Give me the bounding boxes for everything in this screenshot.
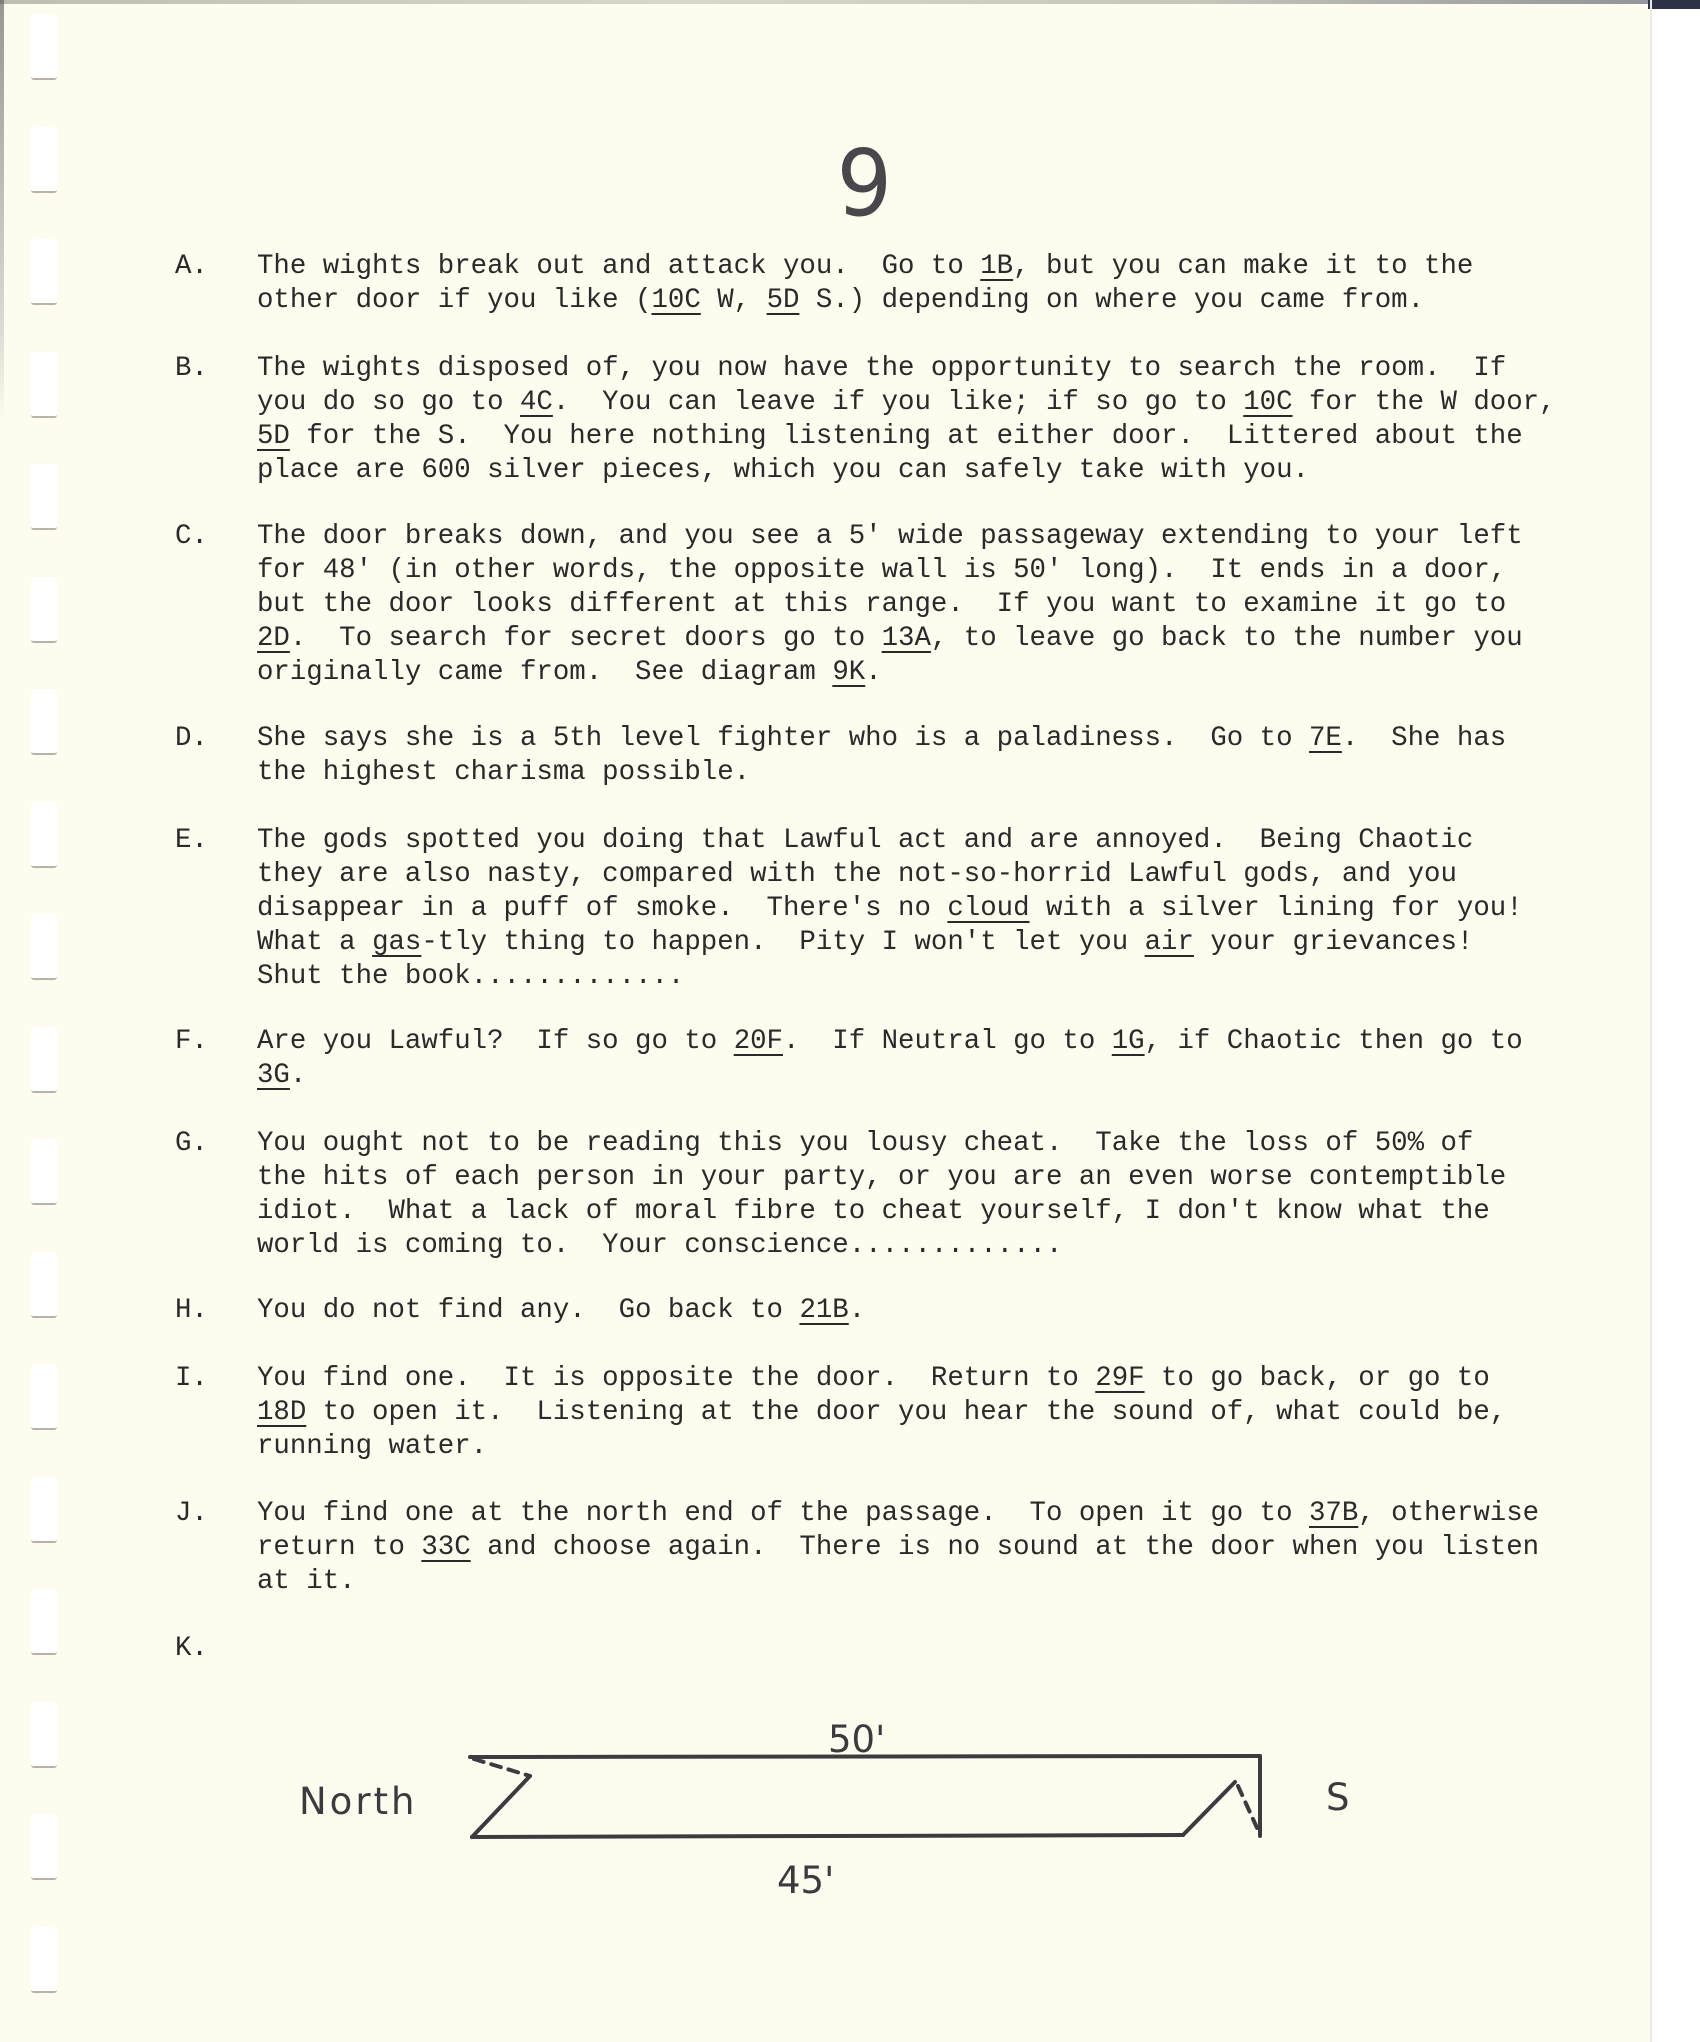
entry-text-line: at it. [257,1565,356,1599]
entry-text-line: other door if you like (10C W, 5D S.) de… [257,284,1424,318]
text-segment: The door breaks down, and you see a 5' w… [257,521,1523,552]
text-segment: idiot. What a lack of moral fibre to che… [257,1196,1490,1227]
entry-text-line: originally came from. See diagram 9K. [257,656,882,690]
text-segment: You do not find any. Go back to [257,1295,799,1326]
text-segment: Shut the book............. [257,961,684,992]
text-segment: at it. [257,1566,356,1597]
text-segment: You find one at the north end of the pas… [257,1498,1309,1529]
page-top-edge [0,0,1700,4]
entry-text-line: The wights break out and attack you. Go … [257,250,1473,284]
binding-hole [31,577,57,643]
cross-reference-link[interactable]: 3G [257,1060,290,1091]
text-segment: place are 600 silver pieces, which you c… [257,455,1309,486]
entry-label: F. [175,1025,208,1059]
text-segment: for the S. You here nothing listening at… [290,421,1523,452]
cross-reference-link[interactable]: 10C [652,285,701,316]
entry-text-line: 5D for the S. You here nothing listening… [257,420,1523,454]
entry-text-line: the hits of each person in your party, o… [257,1161,1506,1195]
text-segment: . She has [1342,723,1506,754]
text-segment: but the door looks different at this ran… [257,589,1506,620]
binding-hole [31,1814,57,1880]
entry-text-line: The door breaks down, and you see a 5' w… [257,520,1523,554]
text-segment: disappear in a puff of smoke. There's no [257,893,947,924]
binding-hole [31,1252,57,1318]
text-segment: . To search for secret doors go to [290,623,882,654]
page-number: 9 [836,138,892,230]
text-segment: W, [701,285,767,316]
cross-reference-link[interactable]: 4C [520,387,553,418]
entry-label: B. [175,352,208,386]
text-segment: the hits of each person in your party, o… [257,1162,1506,1193]
entry-text-line: running water. [257,1430,487,1464]
binding-hole [31,1589,57,1655]
text-segment: The wights disposed of, you now have the… [257,353,1506,384]
entry-text-line: The wights disposed of, you now have the… [257,352,1506,386]
entry-label: J. [175,1497,208,1531]
entry-text-line: return to 33C and choose again. There is… [257,1531,1539,1565]
cross-reference-link[interactable]: air [1145,927,1194,958]
cross-reference-link[interactable]: 2D [257,623,290,654]
page-left-edge [0,0,4,420]
entry-text-line: You find one at the north end of the pas… [257,1497,1539,1531]
cross-reference-link[interactable]: 13A [882,623,931,654]
text-segment: . [849,1295,865,1326]
text-segment: , but you can make it to the [1013,251,1473,282]
entry-text-line: you do so go to 4C. You can leave if you… [257,386,1556,420]
text-segment: you do so go to [257,387,520,418]
entry-text-line: You ought not to be reading this you lou… [257,1127,1473,1161]
text-segment: they are also nasty, compared with the n… [257,859,1457,890]
text-segment: Are you Lawful? If so go to [257,1026,734,1057]
background-corner [1648,0,1700,9]
text-segment: and choose again. There is no sound at t… [471,1532,1539,1563]
entry-label: A. [175,250,208,284]
text-segment: The wights break out and attack you. Go … [257,251,980,282]
binding-hole [31,1927,57,1993]
cross-reference-link[interactable]: 21B [799,1295,848,1326]
binding-hole [31,1027,57,1093]
text-segment: . If Neutral go to [783,1026,1112,1057]
entry-text-line: What a gas-tly thing to happen. Pity I w… [257,926,1473,960]
entry-text-line: for 48' (in other words, the opposite wa… [257,554,1506,588]
binding-hole [31,1139,57,1205]
binding-hole [31,464,57,530]
text-segment: The gods spotted you doing that Lawful a… [257,825,1473,856]
cross-reference-link[interactable]: 1B [980,251,1013,282]
binding-hole [31,352,57,418]
cross-reference-link[interactable]: 9K [832,657,865,688]
cross-reference-link[interactable]: 18D [257,1397,306,1428]
binding-hole [31,239,57,305]
entry-text-line: You do not find any. Go back to 21B. [257,1294,865,1328]
text-segment: for the W door, [1293,387,1556,418]
text-segment: with a silver lining for you! [1030,893,1523,924]
binding-hole [31,914,57,980]
cross-reference-link[interactable]: gas [372,927,421,958]
binding-hole [31,127,57,193]
entry-text-line: world is coming to. Your conscience.....… [257,1229,1062,1263]
text-segment: You ought not to be reading this you lou… [257,1128,1473,1159]
entry-text-line: place are 600 silver pieces, which you c… [257,454,1309,488]
text-segment: She says she is a 5th level fighter who … [257,723,1309,754]
text-segment: You find one. It is opposite the door. R… [257,1363,1095,1394]
cross-reference-link[interactable]: 1G [1112,1026,1145,1057]
cross-reference-link[interactable]: 33C [421,1532,470,1563]
text-segment: the highest charisma possible. [257,757,750,788]
entry-text-line: they are also nasty, compared with the n… [257,858,1457,892]
text-segment: , to leave go back to the number you [931,623,1523,654]
entry-text-line: Are you Lawful? If so go to 20F. If Neut… [257,1025,1523,1059]
entry-text-line: She says she is a 5th level fighter who … [257,722,1506,756]
cross-reference-link[interactable]: cloud [947,893,1029,924]
entry-text-line: 3G. [257,1059,306,1093]
text-segment: return to [257,1532,421,1563]
entry-label: H. [175,1294,208,1328]
entry-text-line: disappear in a puff of smoke. There's no… [257,892,1523,926]
text-segment: for 48' (in other words, the opposite wa… [257,555,1506,586]
cross-reference-link[interactable]: 10C [1243,387,1292,418]
entry-text-line: You find one. It is opposite the door. R… [257,1362,1490,1396]
cross-reference-link[interactable]: 7E [1309,723,1342,754]
text-segment: world is coming to. Your conscience.....… [257,1230,1062,1261]
text-segment: , if Chaotic then go to [1145,1026,1523,1057]
text-segment: -tly thing to happen. Pity I won't let y… [421,927,1144,958]
entry-text-line: 2D. To search for secret doors go to 13A… [257,622,1523,656]
binding-hole [31,1477,57,1543]
text-segment: to open it. Listening at the door you he… [306,1397,1506,1428]
cross-reference-link[interactable]: 5D [767,285,800,316]
text-segment: , otherwise [1358,1498,1539,1529]
text-segment: . [865,657,881,688]
entry-label: D. [175,722,208,756]
cross-reference-link[interactable]: 5D [257,421,290,452]
page-right-edge [1650,0,1652,2042]
text-segment: originally came from. See diagram [257,657,832,688]
entry-text-line: 18D to open it. Listening at the door yo… [257,1396,1506,1430]
text-segment: to go back, or go to [1145,1363,1490,1394]
binding-hole [31,802,57,868]
entry-text-line: idiot. What a lack of moral fibre to che… [257,1195,1490,1229]
cross-reference-link[interactable]: 29F [1095,1363,1144,1394]
entry-text-line: the highest charisma possible. [257,756,750,790]
entry-label: E. [175,824,208,858]
text-segment: . [290,1060,306,1091]
text-segment: What a [257,927,372,958]
entry-label: C. [175,520,208,554]
entry-label: I. [175,1362,208,1396]
cross-reference-link[interactable]: 37B [1309,1498,1358,1529]
binding-hole [31,1364,57,1430]
text-segment: other door if you like ( [257,285,652,316]
entry-text-line: but the door looks different at this ran… [257,588,1506,622]
text-segment: . You can leave if you like; if so go to [553,387,1243,418]
entry-text-line: Shut the book............. [257,960,684,994]
binding-hole [31,14,57,80]
entry-label: K. [175,1632,208,1666]
entry-label: G. [175,1127,208,1161]
text-segment: your grievances! [1194,927,1473,958]
binding-hole [31,689,57,755]
binding-hole [31,1702,57,1768]
text-segment: S.) depending on where you came from. [799,285,1424,316]
cross-reference-link[interactable]: 20F [734,1026,783,1057]
text-segment: running water. [257,1431,487,1462]
entry-text-line: The gods spotted you doing that Lawful a… [257,824,1473,858]
